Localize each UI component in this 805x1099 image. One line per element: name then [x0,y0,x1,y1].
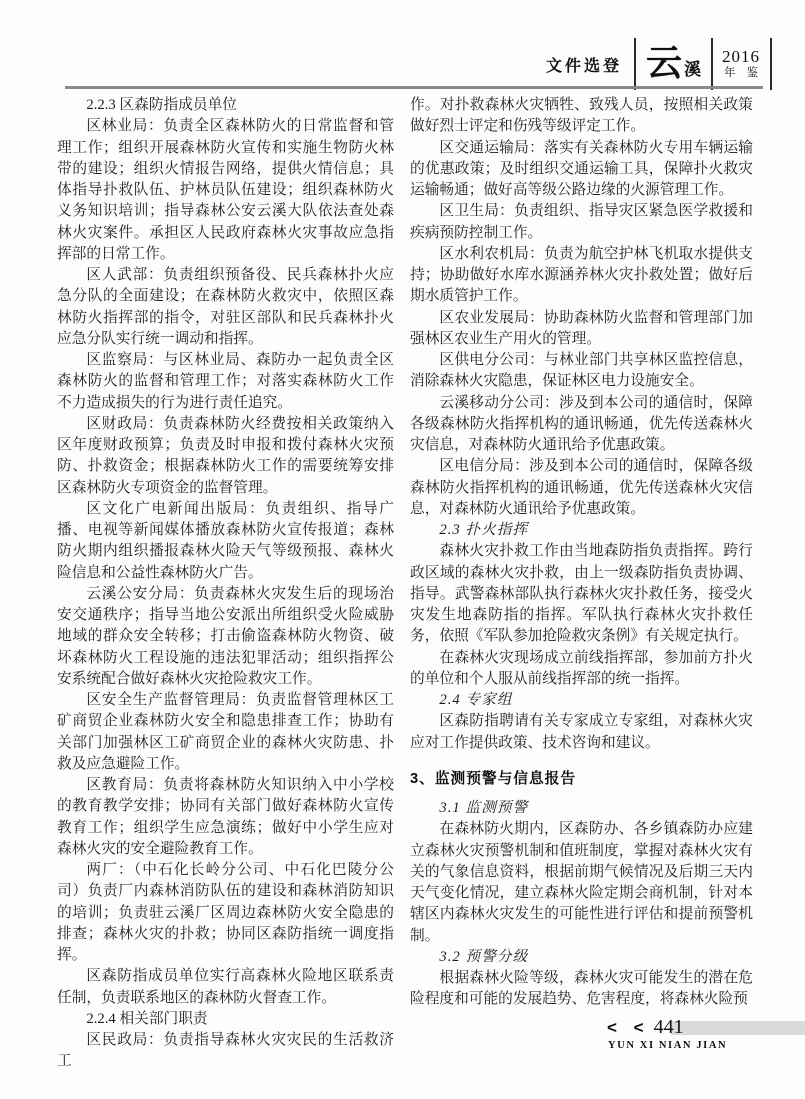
yearbook-year: 2016 [722,47,760,66]
header-divider [770,38,772,90]
paragraph: 区森防指成员单位实行高森林火险地区联系责任制，负责联系地区的森林防火督查工作。 [57,966,394,1009]
paragraph: 区供电分公司：与林业部门共享林区监控信息，消除森林火灾隐患，保证林区电力设施安全… [410,350,753,393]
paragraph: 区人武部：负责组织预备役、民兵森林扑火应急分队的全面建设；在森林防火救灾中，依照… [57,265,394,350]
yearbook-label: 年 鉴 [724,66,758,81]
paragraph: 区森防指聘请有关专家成立专家组，对森林火灾应对工作提供政策、技术咨询和建议。 [410,711,753,754]
sub-heading: 2.2.3 区森防指成员单位 [57,95,394,116]
paragraph: 区教育局：负责将森林防火知识纳入中小学校的教育教学安排；协同有关部门做好森林防火… [57,775,394,860]
page-footer: < <441 YUN XI NIAN JIAN [0,1014,805,1074]
left-column: 2.2.3 区森防指成员单位 区林业局：负责全区森林防火的日常监督和管理工作；组… [57,95,394,1073]
paragraph: 云溪移动分公司：涉及到本公司的通信时，保障各级森林防火指挥机构的通讯畅通，优先传… [410,393,753,457]
page-header: 文件选登 云 溪 2016 年 鉴 [546,38,772,90]
paragraph: 区财政局：负责森林防火经费按相关政策纳入区年度财政预算；负责及时申报和拨付森林火… [57,414,394,499]
page-number: 441 [654,1016,684,1038]
paragraph: 区文化广电新闻出版局：负责组织、指导广播、电视等新闻媒体播放森林防火宣传报道；森… [57,499,394,584]
yearbook-label-char: 年 [724,66,736,81]
paragraph: 区交通运输局：落实有关森林防火专用车辆运输的优惠政策；及时组织交通运输工具，保障… [410,138,753,202]
paragraph: 在森林火灾现场成立前线指挥部，参加前方扑火的单位和个人服从前线指挥部的统一指挥。 [410,648,753,691]
paragraph: 两厂：（中石化长岭分公司、中石化巴陵分公司）负责厂内森林消防队伍的建设和森林消防… [57,860,394,966]
paragraph: 区卫生局：负责组织、指导灾区紧急医学救援和疾病预防控制工作。 [410,201,753,244]
page-number-marker: < <441 [607,1014,684,1041]
sub-heading: 2.3 扑火指挥 [410,520,753,541]
paragraph: 区农业发展局：协助森林防火监督和管理部门加强林区农业生产用火的管理。 [410,308,753,351]
header-rule [65,86,763,89]
paragraph: 区安全生产监督管理局：负责监督管理林区工矿商贸企业森林防火安全和隐患排查工作；协… [57,690,394,775]
yearbook-logo: 云 溪 [636,44,711,84]
logo-character-small: 溪 [684,61,701,78]
section-running-title: 文件选登 [546,53,622,76]
paragraph: 云溪公安分局：负责森林火灾发生后的现场治安交通秩序；指导当地公安派出所组织受火险… [57,584,394,690]
logo-character-large: 云 [646,46,682,80]
yearbook-pinyin-label: YUN XI NIAN JIAN [608,1040,727,1051]
scanned-document-page: 文件选登 云 溪 2016 年 鉴 2.2.3 区森防指成员单位 区林业局：负责… [0,0,805,1099]
paragraph: 区水利农机局：负责为航空护林飞机取水提供支持；协助做好水库水源涵养林火灾扑救处置… [410,244,753,308]
paragraph: 区电信分局：涉及到本公司的通信时，保障各级森林防火指挥机构的通讯畅通，优先传送森… [410,456,753,520]
paragraph: 区林业局：负责全区森林防火的日常监督和管理工作；组织开展森林防火宣传和实施生物防… [57,116,394,265]
paragraph: 森林火灾扑救工作由当地森防指负责指挥。跨行政区域的森林火灾扑救，由上一级森防指负… [410,541,753,647]
page-marker-arrows: < < [607,1018,650,1037]
paragraph: 根据森林火险等级，森林火灾可能发生的潜在危险程度和可能的发展趋势、危害程度，将森… [410,968,753,1011]
footer-decorative-bar [671,1021,805,1035]
section-heading: 3、监测预警与信息报告 [410,769,753,790]
document-body: 2.2.3 区森防指成员单位 区林业局：负责全区森林防火的日常监督和管理工作；组… [57,95,753,1073]
yearbook-label-char: 鉴 [747,66,759,81]
paragraph: 在森林防火期内，区森防办、各乡镇森防办应建立森林火灾预警机制和值班制度，掌握对森… [410,819,753,947]
sub-heading: 2.4 专家组 [410,690,753,711]
sub-heading: 3.2 预警分级 [410,947,753,968]
sub-heading: 3.1 监测预警 [410,798,753,819]
paragraph: 区监察局：与区林业局、森防办一起负责全区森林防火的监督和管理工作；对落实森林防火… [57,350,394,414]
yearbook-year-block: 2016 年 鉴 [713,46,770,83]
right-column: 作。对扑救森林火灾牺牲、致残人员，按照相关政策做好烈士评定和伤残等级评定工作。 … [410,95,753,1073]
paragraph-continuation: 作。对扑救森林火灾牺牲、致残人员，按照相关政策做好烈士评定和伤残等级评定工作。 [410,95,753,138]
